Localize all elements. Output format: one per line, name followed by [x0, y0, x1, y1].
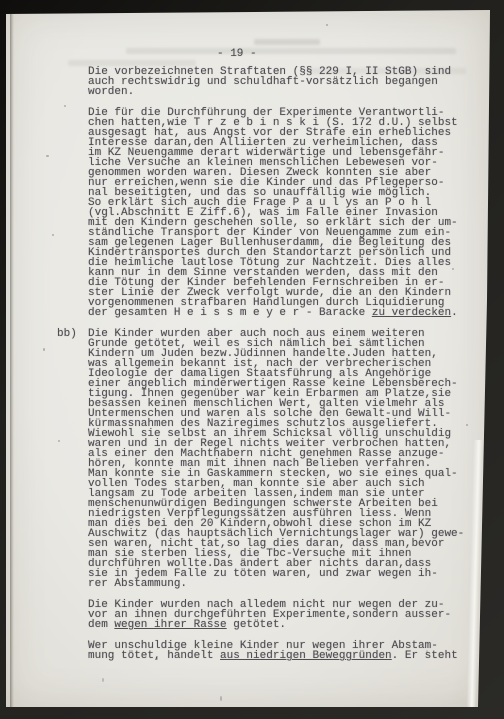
text-line: der gesamten H e i s s m e y e r - Barac…	[88, 308, 488, 318]
paragraph: Die für die Durchführung der Experimente…	[88, 108, 488, 318]
document-text-column: Die vorbezeichneten Straftaten (§§ 229 I…	[88, 67, 488, 672]
bleed-through-mark	[254, 39, 320, 45]
text-segment: getötet.	[227, 619, 286, 631]
scan-speck	[43, 348, 45, 351]
underlined-phrase: aus niedrigen Beweggründen	[220, 650, 392, 662]
section-label-bb: bb)	[57, 329, 77, 339]
scan-speck	[326, 24, 328, 26]
text-segment: der gesamten H e i s s m e y e r - Barac…	[88, 307, 372, 319]
text-line: worden.	[88, 87, 488, 97]
underlined-phrase: zu verdecken	[372, 307, 451, 319]
paragraph: bb)Die Kinder wurden aber auch noch aus …	[88, 329, 488, 589]
text-segment: . Er steht	[392, 650, 458, 662]
underlined-phrase: wegen ihrer Rasse	[114, 619, 226, 631]
text-line: auch rechtswidrig und schuldhaft-vorsätz…	[88, 77, 488, 87]
text-line: rer Abstammung.	[88, 579, 488, 589]
text-segment: .	[451, 307, 458, 319]
scan-speck	[64, 105, 66, 107]
scan-speck	[220, 696, 222, 701]
text-line: mung tötet, handelt aus niedrigen Bewegg…	[88, 651, 488, 661]
page-binding-crease	[10, 10, 14, 707]
paragraph: Die Kinder wurden nach alledem nicht nur…	[88, 600, 488, 630]
scan-speck	[58, 440, 60, 442]
text-line: dem wegen ihrer Rasse getötet.	[88, 620, 488, 630]
text-segment: dem	[88, 619, 114, 631]
scan-speck	[46, 155, 49, 157]
paragraph: Die vorbezeichneten Straftaten (§§ 229 I…	[88, 67, 488, 97]
bleed-through-mark	[126, 48, 456, 54]
scan-speck	[102, 678, 104, 682]
page-number: - 19 -	[217, 49, 257, 60]
text-segment: mung tötet, handelt	[88, 650, 220, 662]
paragraph: Wer unschuldige kleine Kinder nur wegen …	[88, 641, 488, 661]
scan-background: { "page_number": "- 19 -", "document": {…	[0, 0, 504, 719]
scan-speck	[52, 234, 54, 236]
